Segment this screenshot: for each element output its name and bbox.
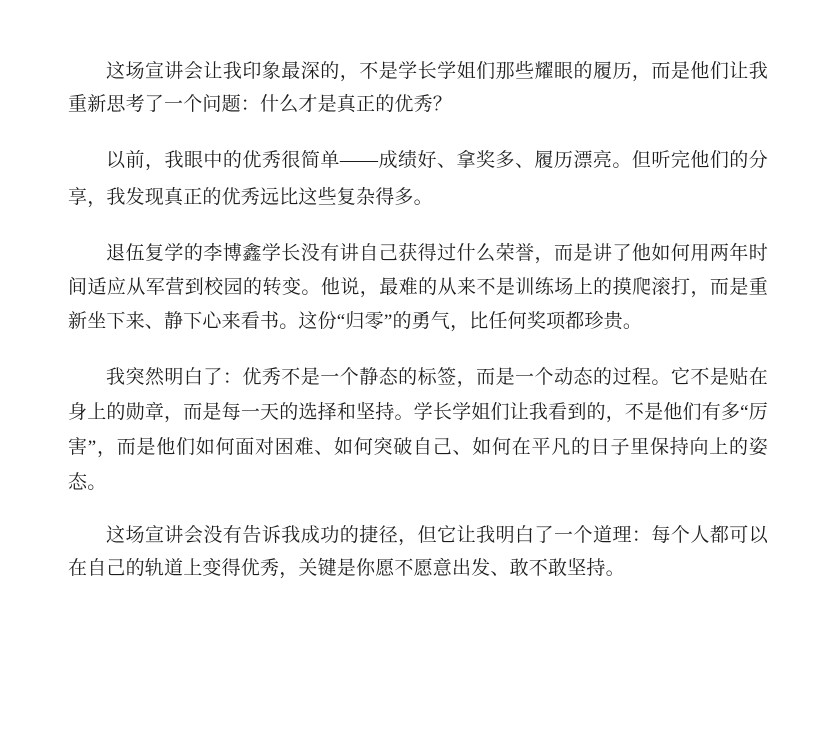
paragraph-3: 退伍复学的李博鑫学长没有讲自己获得过什么荣誉，而是讲了他如何用两年时间适应从军营…	[68, 237, 768, 339]
paragraph-5: 这场宣讲会没有告诉我成功的捷径，但它让我明白了一个道理：每个人都可以在自己的轨道…	[68, 519, 768, 585]
document-page: 这场宣讲会让我印象最深的，不是学长学姐们那些耀眼的履历，而是他们让我重新思考了一…	[0, 0, 835, 743]
paragraph-4: 我突然明白了：优秀不是一个静态的标签，而是一个动态的过程。它不是贴在身上的勋章，…	[68, 360, 768, 500]
paragraph-1: 这场宣讲会让我印象最深的，不是学长学姐们那些耀眼的履历，而是他们让我重新思考了一…	[68, 55, 768, 121]
paragraph-2: 以前，我眼中的优秀很简单——成绩好、拿奖多、履历漂亮。但听完他们的分享，我发现真…	[68, 142, 768, 216]
document-body: 这场宣讲会让我印象最深的，不是学长学姐们那些耀眼的履历，而是他们让我重新思考了一…	[68, 55, 768, 585]
